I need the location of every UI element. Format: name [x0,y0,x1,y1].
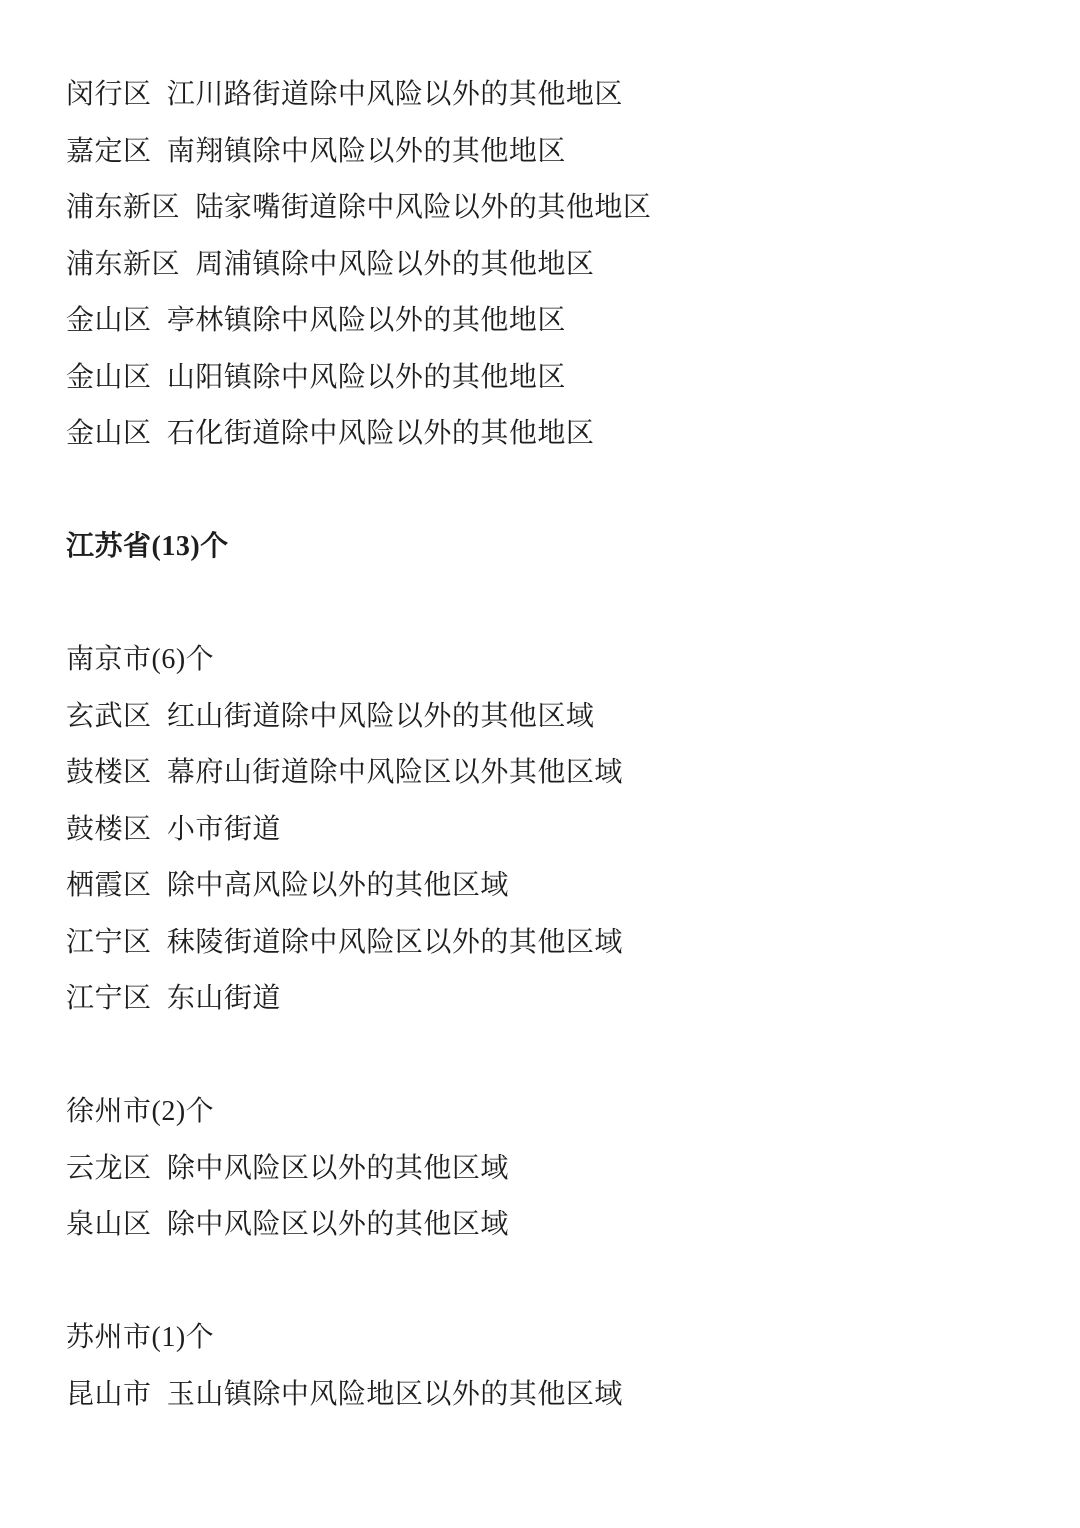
district-name: 昆山市 [66,1379,152,1410]
blank-line [66,1254,1050,1311]
document-page: 闵行区江川路街道除中风险以外的其他地区 嘉定区南翔镇除中风险以外的其他地区 浦东… [0,0,1080,1528]
area-description: 山阳镇除中风险以外的其他地区 [167,362,566,393]
list-item: 云龙区除中风险区以外的其他区域 [66,1141,1050,1198]
district-name: 泉山区 [66,1209,152,1240]
list-item: 鼓楼区幕府山街道除中风险区以外其他区域 [66,745,1050,802]
district-name: 鼓楼区 [66,814,152,845]
list-item: 鼓楼区小市街道 [66,802,1050,859]
district-name: 金山区 [66,305,152,336]
blank-line [66,576,1050,633]
area-description: 陆家嘴街道除中风险以外的其他地区 [195,192,651,223]
list-item: 金山区亭林镇除中风险以外的其他地区 [66,293,1050,350]
area-description: 玉山镇除中风险地区以外的其他区域 [167,1379,623,1410]
district-name: 浦东新区 [66,249,180,280]
area-description: 红山街道除中风险以外的其他区域 [167,701,595,732]
list-item: 江宁区秣陵街道除中风险区以外的其他区域 [66,915,1050,972]
area-description: 除中风险区以外的其他区域 [167,1153,509,1184]
list-item: 玄武区红山街道除中风险以外的其他区域 [66,689,1050,746]
district-name: 浦东新区 [66,192,180,223]
area-description: 石化街道除中风险以外的其他地区 [167,418,595,449]
district-name: 金山区 [66,418,152,449]
area-description: 除中风险区以外的其他区域 [167,1209,509,1240]
list-item: 金山区山阳镇除中风险以外的其他地区 [66,350,1050,407]
province-heading-jiangsu: 江苏省(13)个 [66,519,1050,576]
list-item: 江宁区东山街道 [66,971,1050,1028]
blank-line [66,463,1050,520]
area-description: 南翔镇除中风险以外的其他地区 [167,136,566,167]
list-item: 闵行区江川路街道除中风险以外的其他地区 [66,67,1050,124]
list-item: 浦东新区周浦镇除中风险以外的其他地区 [66,237,1050,294]
list-item: 栖霞区除中高风险以外的其他区域 [66,858,1050,915]
area-description: 秣陵街道除中风险区以外的其他区域 [167,927,623,958]
area-description: 除中高风险以外的其他区域 [167,870,509,901]
district-name: 栖霞区 [66,870,152,901]
city-heading-suzhou: 苏州市(1)个 [66,1310,1050,1367]
list-item: 金山区石化街道除中风险以外的其他地区 [66,406,1050,463]
district-name: 金山区 [66,362,152,393]
area-description: 小市街道 [167,814,281,845]
city-heading-nanjing: 南京市(6)个 [66,632,1050,689]
district-name: 玄武区 [66,701,152,732]
list-item: 昆山市玉山镇除中风险地区以外的其他区域 [66,1367,1050,1424]
district-name: 鼓楼区 [66,757,152,788]
district-name: 云龙区 [66,1153,152,1184]
area-description: 周浦镇除中风险以外的其他地区 [195,249,594,280]
district-name: 嘉定区 [66,136,152,167]
area-description: 江川路街道除中风险以外的其他地区 [167,79,623,110]
district-name: 江宁区 [66,983,152,1014]
blank-line [66,1028,1050,1085]
area-description: 幕府山街道除中风险区以外其他区域 [167,757,623,788]
area-description: 东山街道 [167,983,281,1014]
list-item: 嘉定区南翔镇除中风险以外的其他地区 [66,124,1050,181]
city-heading-xuzhou: 徐州市(2)个 [66,1084,1050,1141]
area-description: 亭林镇除中风险以外的其他地区 [167,305,566,336]
list-item: 浦东新区陆家嘴街道除中风险以外的其他地区 [66,180,1050,237]
list-item: 泉山区除中风险区以外的其他区域 [66,1197,1050,1254]
district-name: 闵行区 [66,79,152,110]
district-name: 江宁区 [66,927,152,958]
